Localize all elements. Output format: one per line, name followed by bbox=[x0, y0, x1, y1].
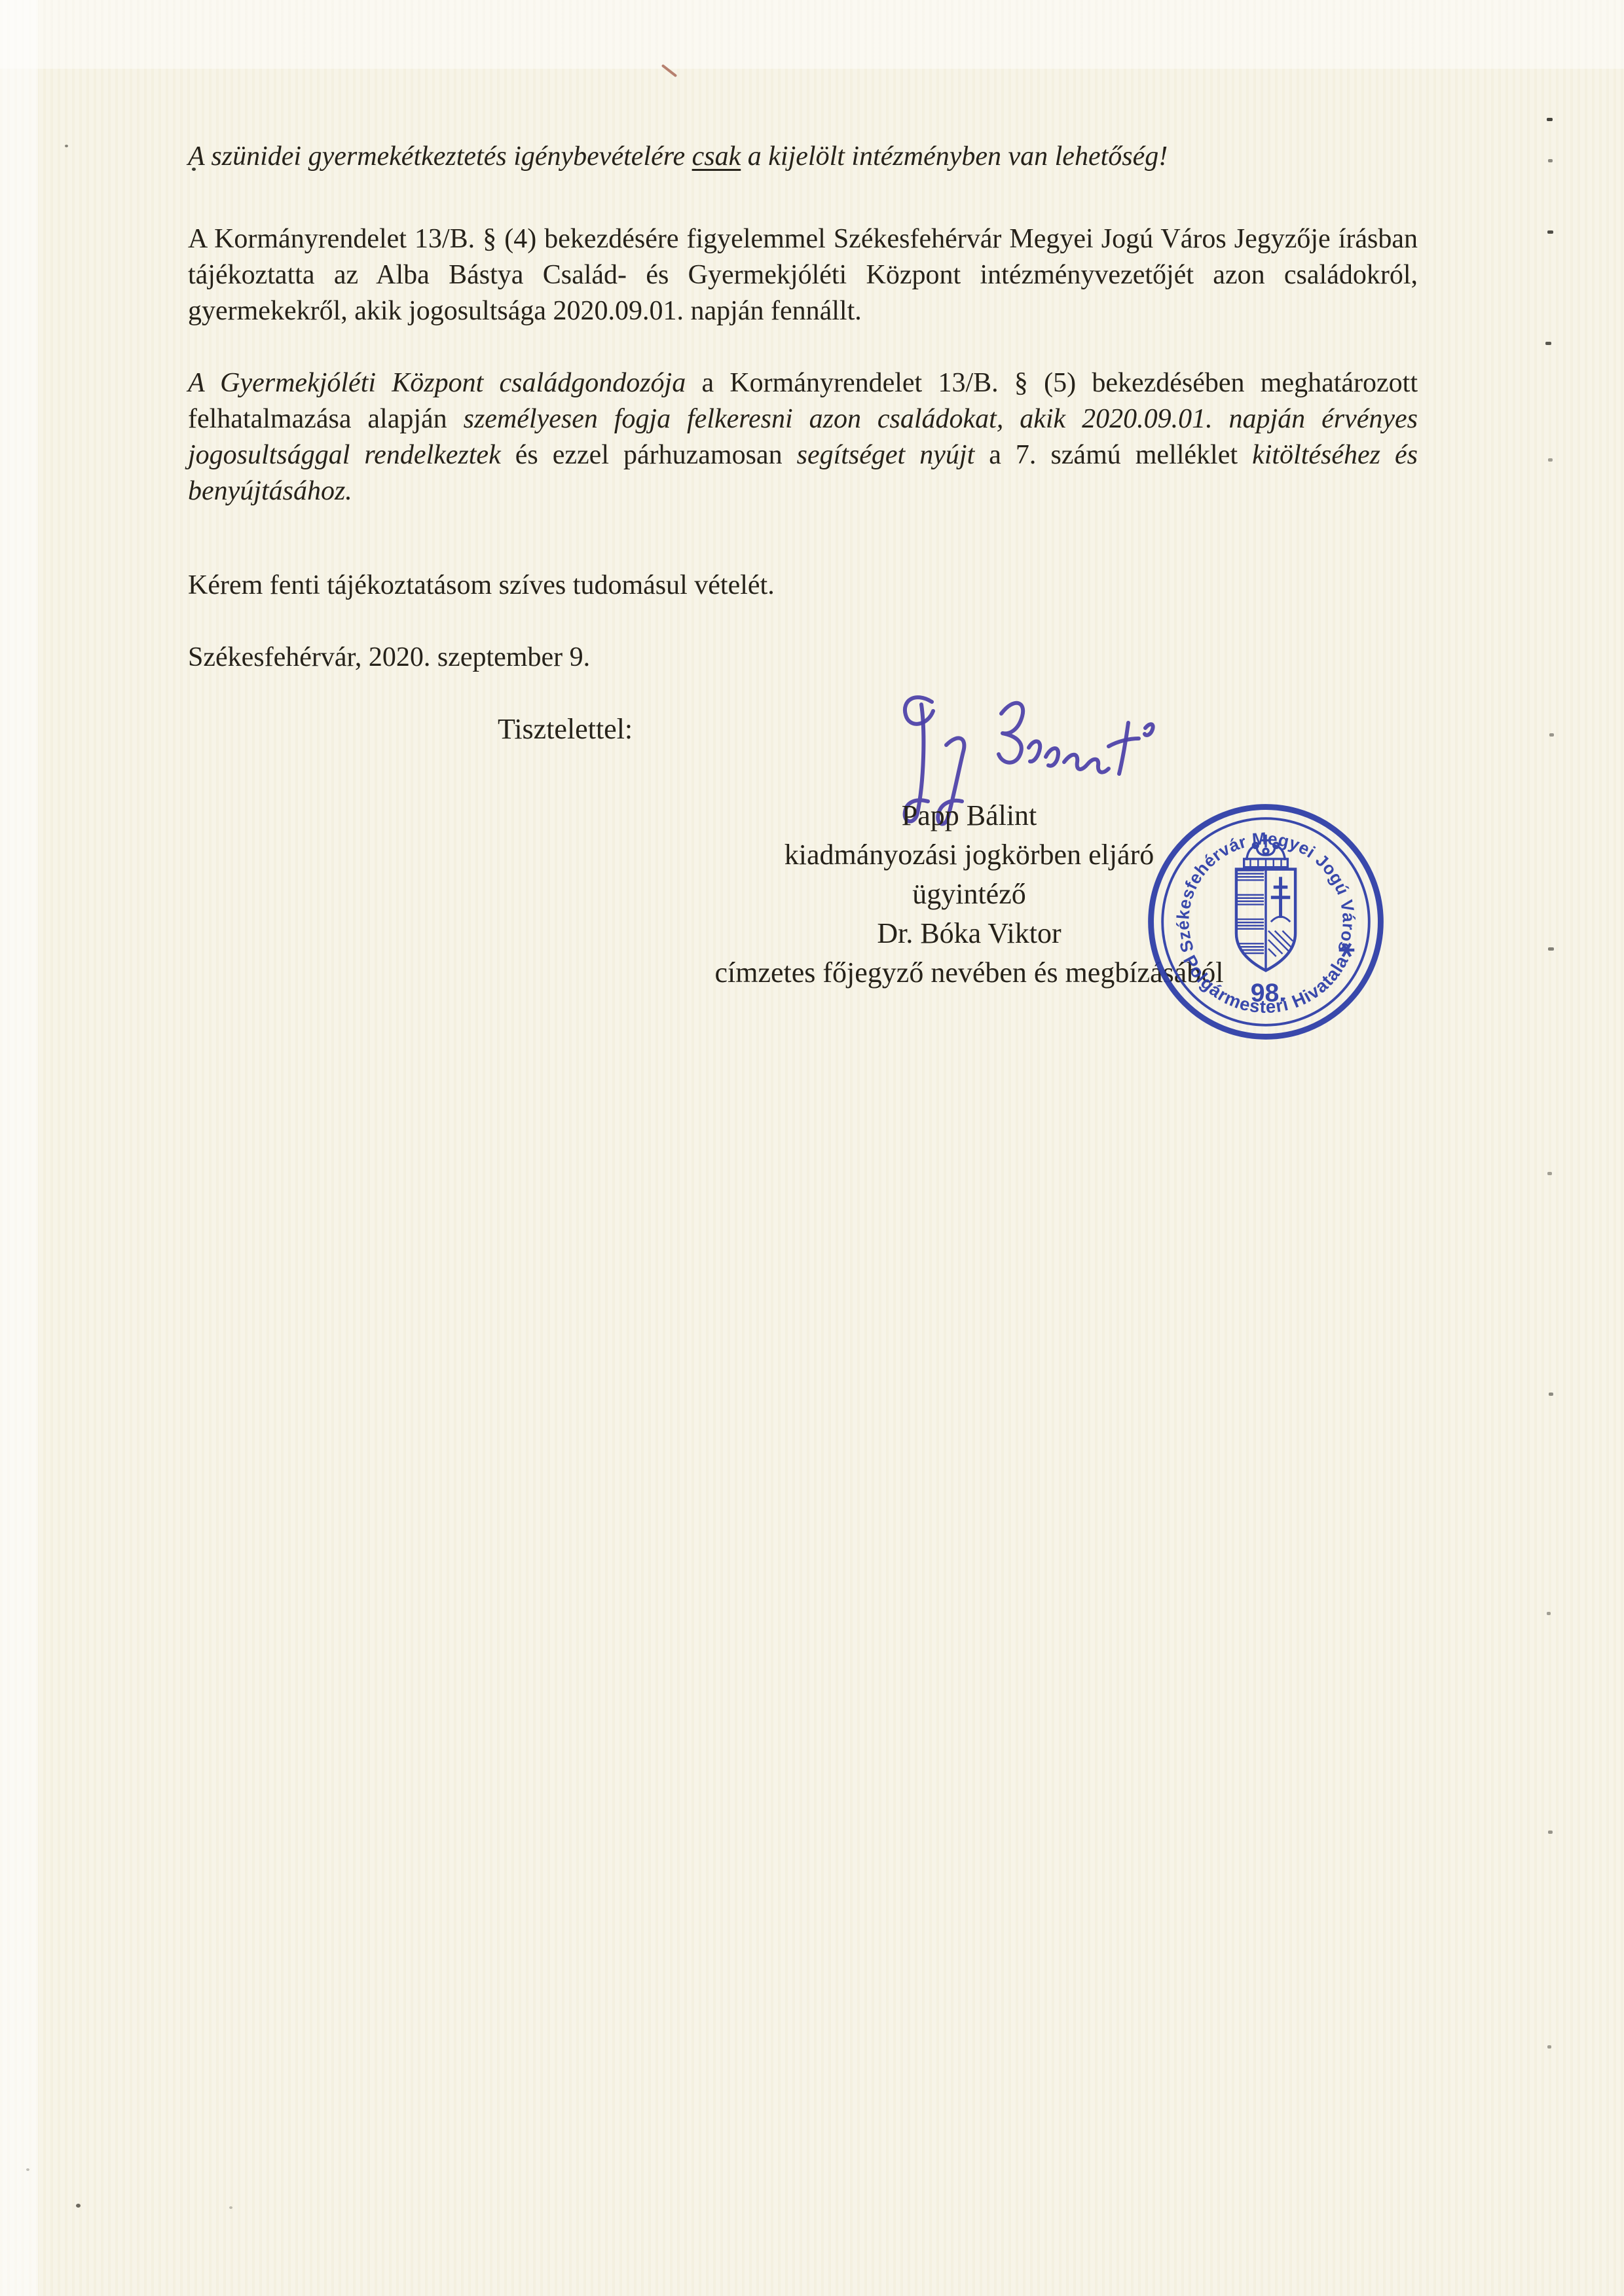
margin-mark bbox=[1548, 458, 1553, 462]
text-run: csak bbox=[692, 141, 741, 172]
scanned-letter-page: A szünidei gyermekétkeztetés igénybevéte… bbox=[0, 0, 1624, 2296]
paper-left-edge bbox=[0, 0, 38, 2296]
margin-mark bbox=[1545, 342, 1551, 345]
paper-top-edge bbox=[0, 0, 1624, 69]
scan-speck bbox=[65, 145, 68, 147]
closing-line: Tisztelettel: bbox=[498, 712, 633, 746]
margin-mark bbox=[1549, 733, 1554, 737]
text-run: és ezzel párhuzamosan bbox=[501, 440, 797, 470]
text-run: A Kormányrendelet 13/B. § (4) bekezdésér… bbox=[188, 224, 1418, 326]
margin-mark bbox=[1547, 2045, 1551, 2049]
margin-mark bbox=[1548, 947, 1554, 951]
margin-mark bbox=[1548, 159, 1553, 162]
margin-mark bbox=[1549, 1393, 1553, 1396]
official-stamp: Székesfehérvár Megyei Jogú Város Polgárm… bbox=[1137, 793, 1394, 1050]
scan-speck bbox=[192, 168, 196, 171]
text-run: A szünidei gyermekétkeztetés igénybevéte… bbox=[188, 141, 692, 172]
date-line: Székesfehérvár, 2020. szeptember 9. bbox=[188, 640, 590, 674]
text-run: A Gyermekjóléti Központ családgondozója bbox=[188, 368, 686, 398]
coat-of-arms bbox=[1236, 835, 1295, 971]
margin-mark bbox=[1548, 1831, 1553, 1834]
margin-mark bbox=[1547, 118, 1553, 121]
lead-paragraph: A szünidei gyermekétkeztetés igénybevéte… bbox=[188, 139, 1432, 175]
margin-mark bbox=[1547, 1172, 1552, 1175]
text-run: a 7. számú melléklet bbox=[974, 440, 1252, 470]
scan-speck bbox=[26, 2168, 29, 2171]
request-line: Kérem fenti tájékoztatásom szíves tudomá… bbox=[188, 568, 775, 602]
scan-speck bbox=[229, 2206, 232, 2209]
text-run: a kijelölt intézményben van lehetőség! bbox=[741, 141, 1168, 172]
body-paragraph-2: A Gyermekjóléti Központ családgondozója … bbox=[188, 365, 1418, 509]
stamp-number: 98. bbox=[1251, 979, 1286, 1008]
body-paragraph-1: A Kormányrendelet 13/B. § (4) bekezdésér… bbox=[188, 221, 1418, 329]
margin-mark bbox=[1547, 230, 1553, 234]
text-run: segítséget nyújt bbox=[797, 440, 975, 470]
margin-mark bbox=[1547, 1612, 1551, 1615]
scan-speck bbox=[76, 2204, 81, 2208]
